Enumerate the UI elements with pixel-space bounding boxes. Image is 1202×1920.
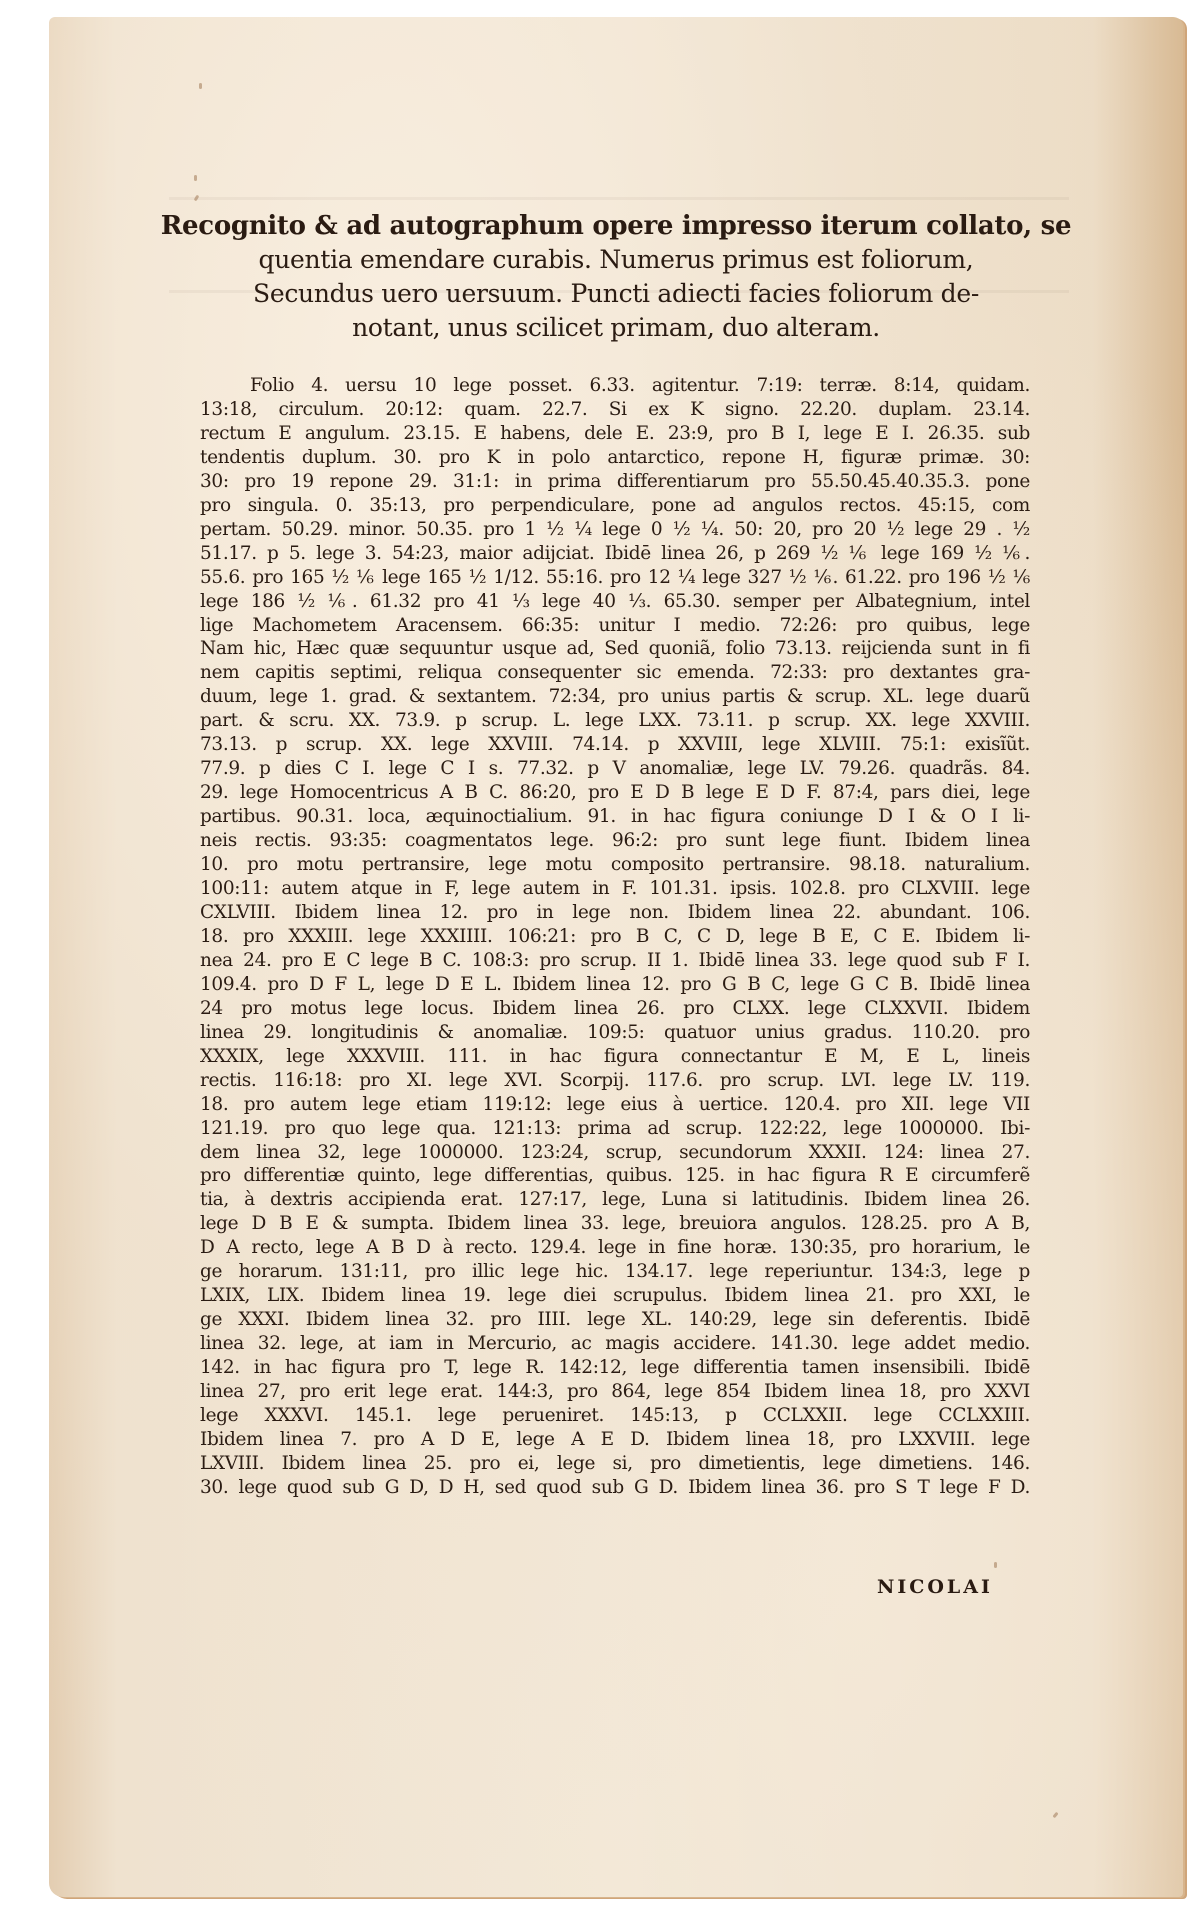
paper-speck	[194, 175, 197, 181]
errata-line: 121.19. pro quo lege qua. 121:13: prima …	[200, 1117, 1030, 1141]
errata-line: nea 24. pro E C lege B C. 108:3: pro scr…	[200, 949, 1030, 973]
errata-line: 30: pro 19 repone 29. 31:1: in prima dif…	[200, 470, 1030, 494]
errata-line: 100:11: autem atque in F, lege autem in …	[200, 877, 1030, 901]
errata-line: 24 pro motus lege locus. Ibidem linea 26…	[200, 997, 1030, 1021]
errata-line: Folio 4. uersu 10 lege posset. 6.33. agi…	[200, 374, 1030, 398]
errata-line: 142. in hac figura pro T, lege R. 142:12…	[200, 1356, 1030, 1380]
paper-speck	[199, 83, 202, 89]
errata-line: 51.17. p 5. lege 3. 54:23, maior adijcia…	[200, 542, 1030, 566]
errata-line: linea 32. lege, at iam in Mercurio, ac m…	[200, 1332, 1030, 1356]
errata-line: 30. lege quod sub G D, D H, sed quod sub…	[200, 1476, 1030, 1500]
errata-line: lege D B E & sumpta. Ibidem linea 33. le…	[200, 1212, 1030, 1236]
errata-line: 109.4. pro D F L, lege D E L. Ibidem lin…	[200, 973, 1030, 997]
errata-line: tendentis duplum. 30. pro K in polo anta…	[200, 446, 1030, 470]
errata-line: rectum E angulum. 23.15. E habens, dele …	[200, 422, 1030, 446]
paper-speck	[1052, 1812, 1058, 1819]
heading-line: quentia emendare curabis. Numerus primus…	[49, 243, 1183, 277]
errata-line: duum, lege 1. grad. & sextantem. 72:34, …	[200, 685, 1030, 709]
errata-line: 18. pro autem lege etiam 119:12: lege ei…	[200, 1093, 1030, 1117]
heading-line: Recognito & ad autographum opere impress…	[49, 209, 1183, 243]
errata-line: pro singula. 0. 35:13, pro perpendicular…	[200, 494, 1030, 518]
errata-line: tia, à dextris accipienda erat. 127:17, …	[200, 1188, 1030, 1212]
errata-line: partibus. 90.31. loca, æquinoctialium. 9…	[200, 805, 1030, 829]
errata-line: 73.13. p scrup. XX. lege XXVIII. 74.14. …	[200, 733, 1030, 757]
errata-line: lege XXXVI. 145.1. lege perueniret. 145:…	[200, 1404, 1030, 1428]
errata-line: neis rectis. 93:35: coagmentatos lege. 9…	[200, 829, 1030, 853]
errata-heading: Recognito & ad autographum opere impress…	[49, 209, 1183, 345]
errata-line: 55.6. pro 165 ½ ⅙ lege 165 ½ 1/12. 55:16…	[200, 566, 1030, 590]
heading-line: notant, unus scilicet primam, duo altera…	[49, 311, 1183, 345]
errata-line: CXLVIII. Ibidem linea 12. pro in lege no…	[200, 901, 1030, 925]
heading-line: Secundus uero uersuum. Puncti adiecti fa…	[49, 277, 1183, 311]
catchword: NICOLAI	[877, 1576, 993, 1598]
errata-line: pertam. 50.29. minor. 50.35. pro 1 ½ ¼ l…	[200, 518, 1030, 542]
errata-line: LXIX, LIX. Ibidem linea 19. lege diei sc…	[200, 1284, 1030, 1308]
errata-line: lege 186 ½ ⅙. 61.32 pro 41 ⅓ lege 40 ⅓. …	[200, 590, 1030, 614]
errata-line: Nam hic, Hæc quæ sequuntur usque ad, Sed…	[200, 637, 1030, 661]
errata-line: lige Machometem Aracensem. 66:35: unitur…	[200, 614, 1030, 638]
paper-speck	[994, 1562, 997, 1568]
errata-line: 29. lege Homocentricus A B C. 86:20, pro…	[200, 781, 1030, 805]
book-page: Recognito & ad autographum opere impress…	[49, 17, 1183, 1897]
errata-line: ge horarum. 131:11, pro illic lege hic. …	[200, 1260, 1030, 1284]
errata-line: nem capitis septimi, reliqua consequente…	[200, 661, 1030, 685]
errata-list: Folio 4. uersu 10 lege posset. 6.33. agi…	[200, 374, 1030, 1500]
errata-line: ge XXXI. Ibidem linea 32. pro IIII. lege…	[200, 1308, 1030, 1332]
errata-line: 18. pro XXXIII. lege XXXIIII. 106:21: pr…	[200, 925, 1030, 949]
errata-line: D A recto, lege A B D à recto. 129.4. le…	[200, 1236, 1030, 1260]
errata-line: LXVIII. Ibidem linea 25. pro ei, lege si…	[200, 1452, 1030, 1476]
errata-line: part. & scru. XX. 73.9. p scrup. L. lege…	[200, 709, 1030, 733]
errata-line: pro differentiæ quinto, lege differentia…	[200, 1164, 1030, 1188]
errata-line: XXXIX, lege XXXVIII. 111. in hac figura …	[200, 1045, 1030, 1069]
errata-line: 13:18, circulum. 20:12: quam. 22.7. Si e…	[200, 398, 1030, 422]
errata-line: Ibidem linea 7. pro A D E, lege A E D. I…	[200, 1428, 1030, 1452]
errata-line: linea 29. longitudinis & anomaliæ. 109:5…	[200, 1021, 1030, 1045]
errata-line: rectis. 116:18: pro XI. lege XVI. Scorpi…	[200, 1069, 1030, 1093]
errata-line: dem linea 32, lege 1000000. 123:24, scru…	[200, 1141, 1030, 1165]
errata-line: 77.9. p dies C I. lege C I s. 77.32. p V…	[200, 757, 1030, 781]
errata-line: linea 27, pro erit lege erat. 144:3, pro…	[200, 1380, 1030, 1404]
errata-line: 10. pro motu pertransire, lege motu comp…	[200, 853, 1030, 877]
